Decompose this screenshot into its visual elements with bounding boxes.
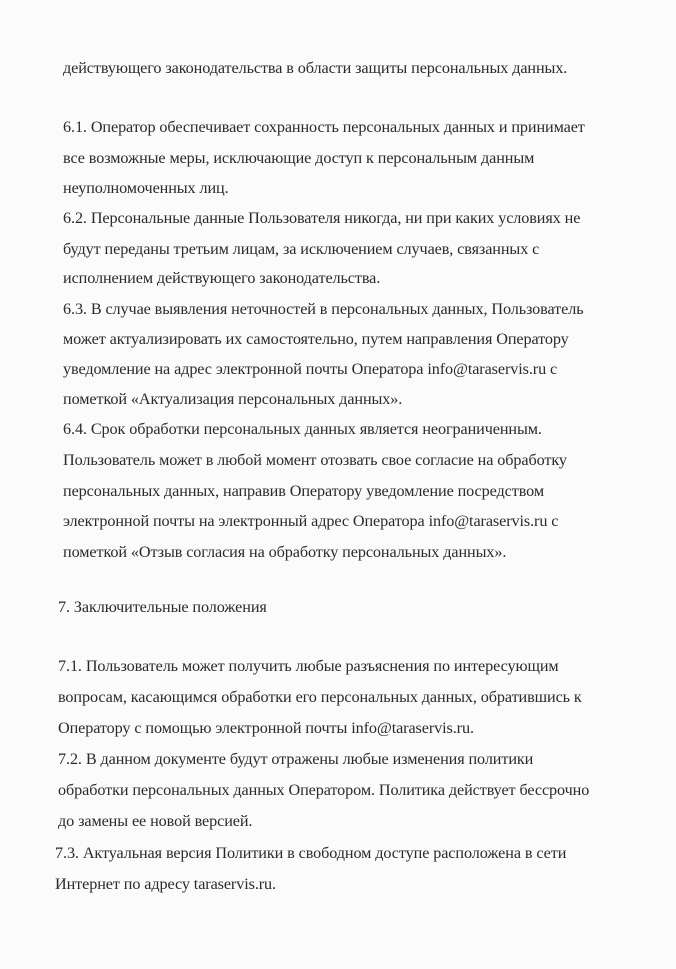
- text-line: исполнением действующего законодательств…: [63, 268, 380, 288]
- text-line: Интернет по адресу taraservis.ru.: [55, 874, 276, 894]
- text-line: 6.2. Персональные данные Пользователя ни…: [63, 208, 580, 228]
- text-line: все возможные меры, исключающие доступ к…: [63, 148, 534, 168]
- text-line: будут переданы третьим лицам, за исключе…: [63, 239, 539, 259]
- text-line: пометкой «Актуализация персональных данн…: [63, 389, 402, 409]
- text-line: электронной почты на электронный адрес О…: [63, 511, 558, 531]
- text-line: неуполномоченных лиц.: [63, 178, 229, 198]
- text-line: пометкой «Отзыв согласия на обработку пе…: [63, 542, 506, 562]
- text-line: 7.1. Пользователь может получить любые р…: [58, 656, 559, 676]
- text-line: 6.1. Оператор обеспечивает сохранность п…: [63, 117, 585, 137]
- text-line: обработки персональных данных Оператором…: [58, 780, 589, 800]
- text-line: уведомление на адрес электронной почты О…: [63, 359, 557, 379]
- text-line: может актуализировать их самостоятельно,…: [63, 329, 569, 349]
- section-7-heading: 7. Заключительные положения: [58, 597, 267, 617]
- text-line: вопросам, касающимся обработки его персо…: [58, 687, 582, 707]
- intro-tail-line: действующего законодательства в области …: [63, 58, 567, 78]
- text-line: персональных данных, направив Оператору …: [63, 481, 544, 501]
- text-line: 7.2. В данном документе будут отражены л…: [58, 749, 533, 769]
- text-line: 6.3. В случае выявления неточностей в пе…: [63, 299, 584, 319]
- text-line: Пользователь может в любой момент отозва…: [63, 450, 567, 470]
- text-line: Оператору с помощью электронной почты in…: [58, 718, 474, 738]
- scanned-document-page: действующего законодательства в области …: [0, 0, 676, 969]
- text-line: 7.3. Актуальная версия Политики в свобод…: [55, 843, 566, 863]
- text-line: до замены ее новой версией.: [58, 811, 252, 831]
- text-line: 6.4. Срок обработки персональных данных …: [63, 419, 542, 439]
